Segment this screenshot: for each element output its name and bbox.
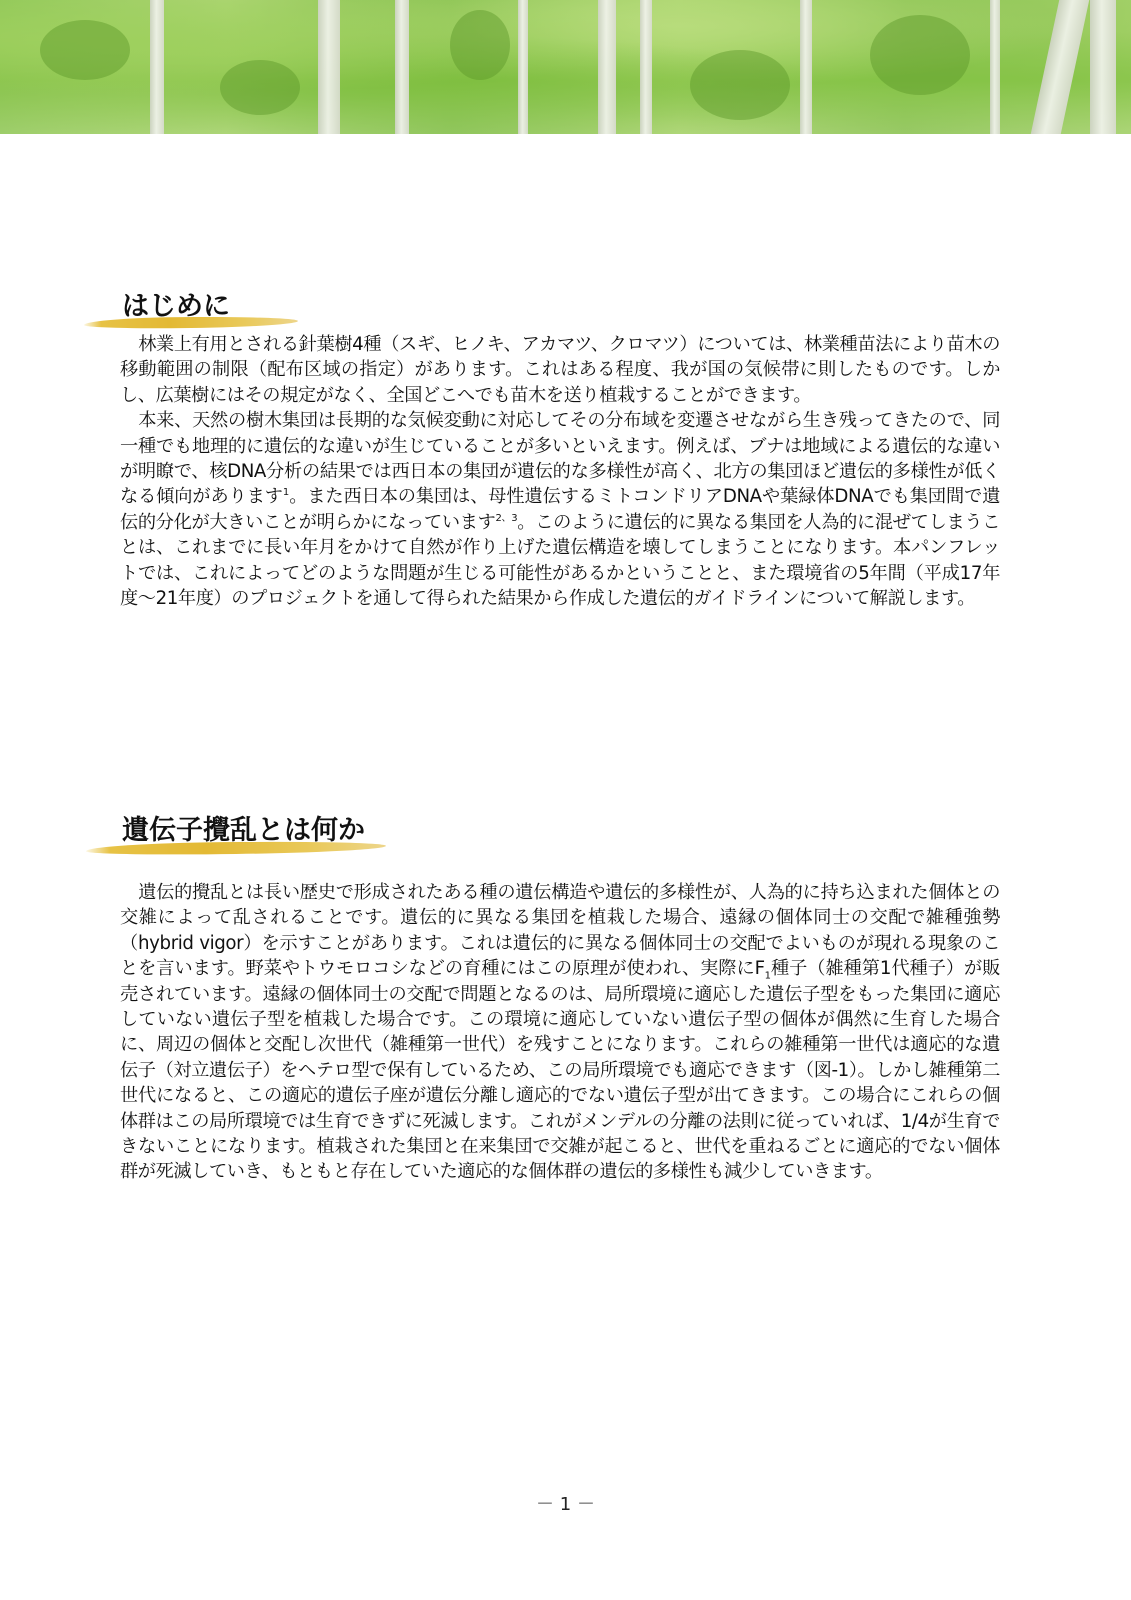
header-forest-photo bbox=[0, 0, 1131, 134]
tree-trunk bbox=[318, 0, 340, 134]
paragraph-text: 種子（雑種第1代種子）が販売されています。遠縁の個体同士の交配で問題となるのは、… bbox=[120, 958, 1000, 1182]
introduction-body: 林業上有用とされる針葉樹4種（スギ、ヒノキ、アカマツ、クロマツ）については、林業… bbox=[120, 332, 1000, 611]
foliage-patch bbox=[40, 20, 130, 80]
foliage-patch bbox=[870, 15, 970, 95]
tree-trunk bbox=[395, 0, 409, 134]
paragraph: 遺伝的攪乱とは長い歴史で形成されたある種の遺伝構造や遺伝的多様性が、人為的に持ち… bbox=[120, 880, 1000, 1185]
tree-trunk bbox=[518, 0, 528, 134]
paragraph-text: 林業上有用とされる針葉樹4種（スギ、ヒノキ、アカマツ、クロマツ）については、林業… bbox=[120, 334, 1000, 406]
tree-trunk bbox=[640, 0, 652, 134]
tree-trunk bbox=[150, 0, 164, 134]
page-number: － 1 － bbox=[0, 1490, 1131, 1516]
tree-trunk bbox=[598, 0, 616, 134]
foliage-patch bbox=[220, 60, 300, 115]
tree-trunk bbox=[800, 0, 812, 134]
tree-trunk bbox=[990, 0, 1000, 134]
section-heading-introduction: はじめに bbox=[122, 284, 230, 323]
foliage-patch bbox=[450, 10, 510, 80]
foliage-patch bbox=[690, 50, 790, 120]
genetic-disturbance-body: 遺伝的攪乱とは長い歴史で形成されたある種の遺伝構造や遺伝的多様性が、人為的に持ち… bbox=[120, 880, 1000, 1185]
paragraph: 林業上有用とされる針葉樹4種（スギ、ヒノキ、アカマツ、クロマツ）については、林業… bbox=[120, 332, 1000, 408]
tree-trunk bbox=[1031, 0, 1089, 134]
tree-trunk bbox=[1090, 0, 1116, 134]
citation-superscript: 2、3 bbox=[496, 513, 518, 524]
paragraph: 本来、天然の樹木集団は長期的な気候変動に対応してその分布域を変遷させながら生き残… bbox=[120, 408, 1000, 611]
section-heading-genetic-disturbance: 遺伝子攪乱とは何か bbox=[122, 808, 365, 847]
